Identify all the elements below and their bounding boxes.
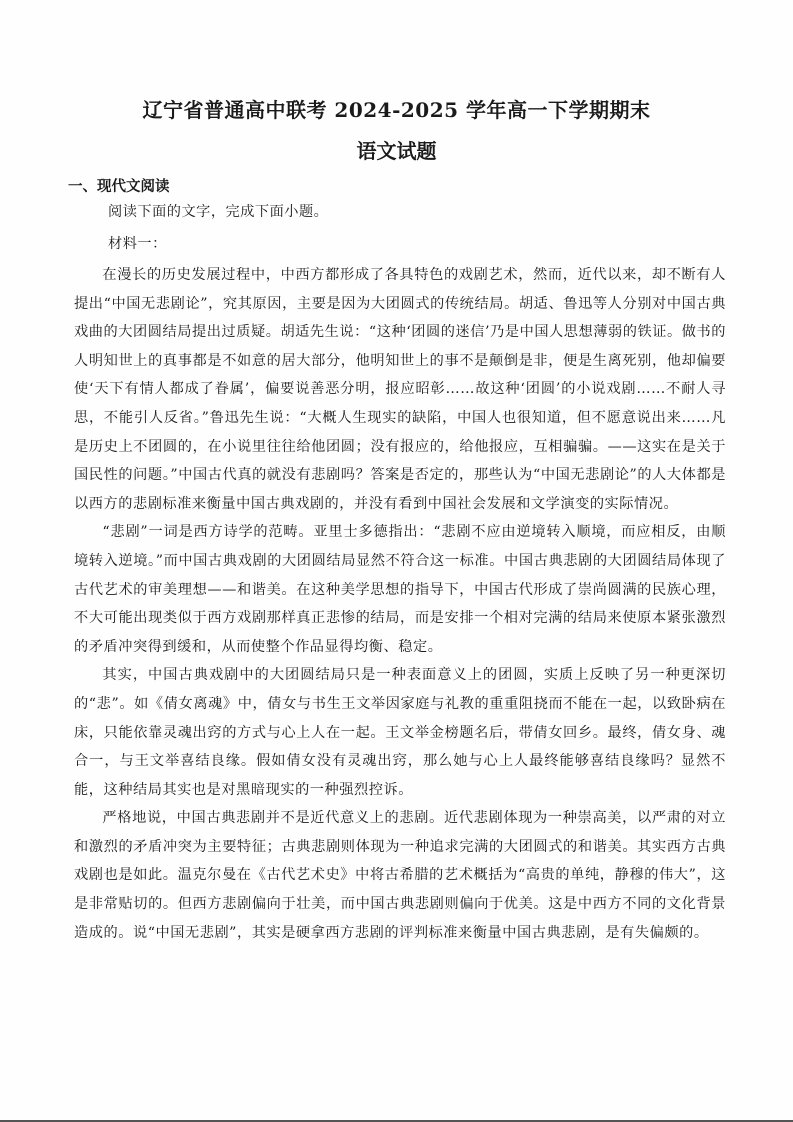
document-subtitle: 语文试题 [0,137,793,165]
material-label: 材料一： [108,234,167,254]
document-page: 辽宁省普通高中联考 2024-2025 学年高一下学期期末 语文试题 一、现代文… [0,0,793,1122]
paragraph: “悲剧”一词是西方诗学的范畴。亚里士多德指出：“悲剧不应由逆境转入顺境，而应相反… [74,518,726,661]
section-heading: 一、现代文阅读 [68,177,170,197]
material-body: 在漫长的历史发展过程中，中西方都形成了各具特色的戏剧艺术，然而，近代以来，却不断… [74,261,726,947]
reading-instruction: 阅读下面的文字，完成下面小题。 [108,202,328,222]
document-title: 辽宁省普通高中联考 2024-2025 学年高一下学期期末 [0,96,793,124]
paragraph: 其实，中国古典戏剧中的大团圆结局只是一种表面意义上的团圆，实质上反映了另一种更深… [74,661,726,804]
paragraph: 在漫长的历史发展过程中，中西方都形成了各具特色的戏剧艺术，然而，近代以来，却不断… [74,261,726,518]
paragraph: 严格地说，中国古典悲剧并不是近代意义上的悲剧。近代悲剧体现为一种崇高美，以严肃的… [74,804,726,947]
